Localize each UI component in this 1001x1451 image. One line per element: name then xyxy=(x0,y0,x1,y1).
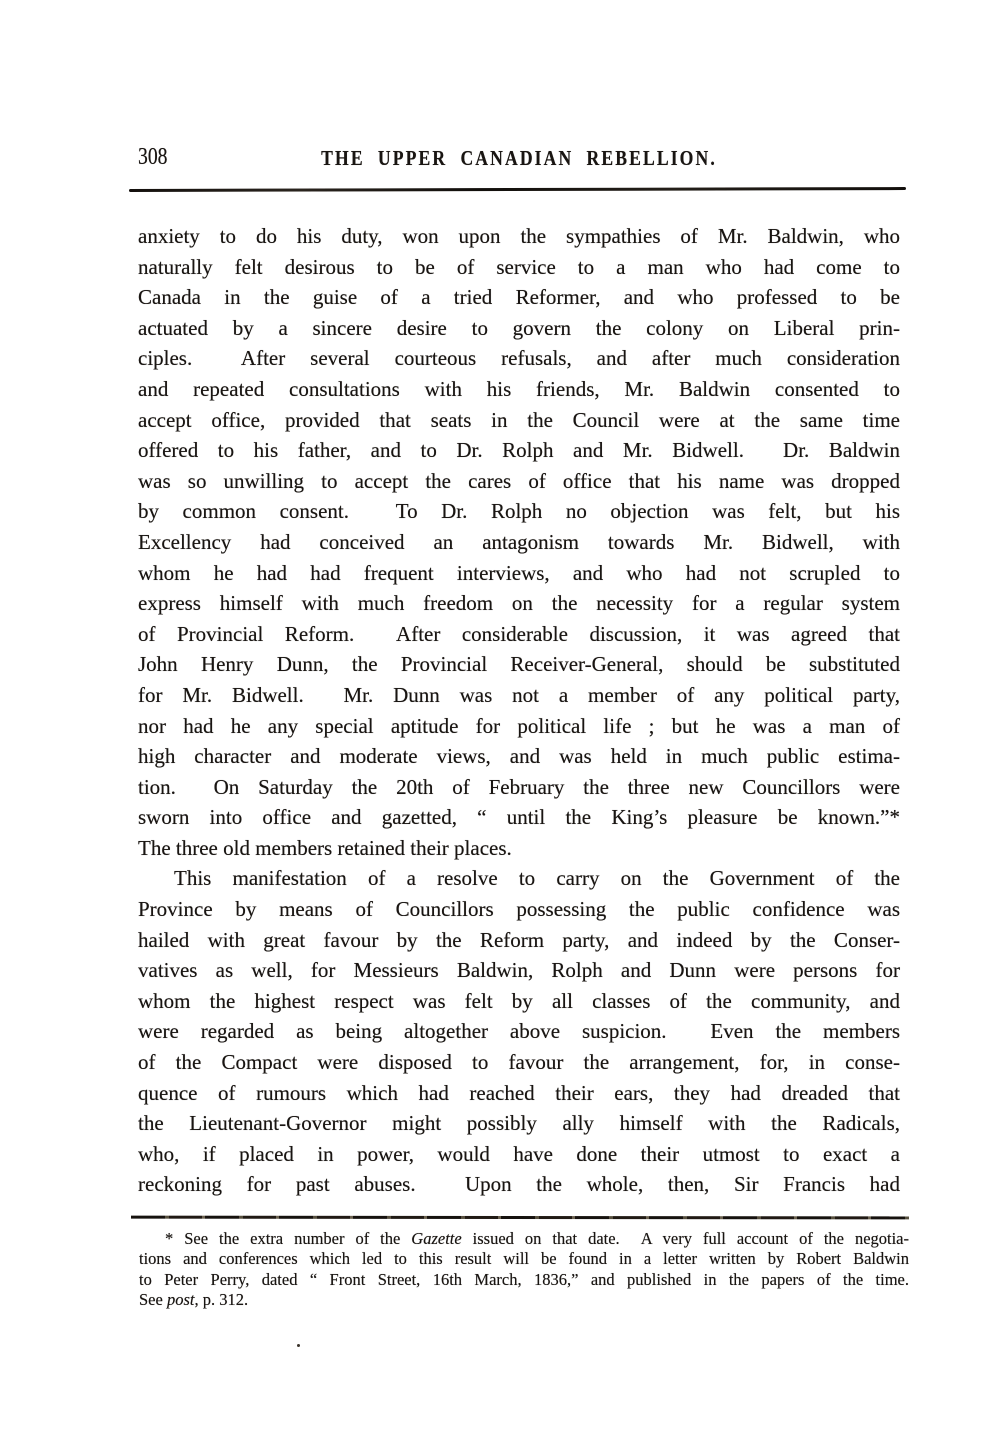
text-segment: was so unwilling to accept the cares of … xyxy=(138,469,900,493)
text-segment: sworn into office and gazetted, “ until … xyxy=(138,805,900,829)
footnote: * See the extra number of the Gazette is… xyxy=(139,1229,909,1310)
body-line: reckoning for past abuses. Upon the whol… xyxy=(138,1169,900,1200)
body-line: the Lieutenant-Governor might possibly a… xyxy=(138,1108,900,1139)
body-line: of the Compact were disposed to favour t… xyxy=(138,1047,900,1078)
body-line: and repeated consultations with his frie… xyxy=(138,374,900,405)
italic-text-segment: Gazette xyxy=(411,1229,461,1248)
text-segment: to Peter Perry, dated “ Front Street, 16… xyxy=(139,1270,909,1289)
body-line: ciples. After several courteous refusals… xyxy=(138,343,900,374)
body-text: anxiety to do his duty, won upon the sym… xyxy=(138,221,900,1200)
footnote-line: tions and conferences which led to this … xyxy=(139,1249,909,1269)
footnote-line: * See the extra number of the Gazette is… xyxy=(139,1229,909,1249)
text-segment: ciples. After several courteous refusals… xyxy=(138,346,900,370)
text-segment: vatives as well, for Messieurs Baldwin, … xyxy=(138,958,900,982)
text-segment: by common consent. To Dr. Rolph no objec… xyxy=(138,499,900,523)
body-line: high character and moderate views, and w… xyxy=(138,741,900,772)
footnote-line: to Peter Perry, dated “ Front Street, 16… xyxy=(139,1270,909,1290)
body-line: accept office, provided that seats in th… xyxy=(138,405,900,436)
ink-speck xyxy=(297,1344,300,1347)
body-line: nor had he any special aptitude for poli… xyxy=(138,711,900,742)
text-segment: The three old members retained their pla… xyxy=(138,836,512,860)
text-segment: * See the extra number of the xyxy=(165,1229,411,1248)
body-line: hailed with great favour by the Reform p… xyxy=(138,925,900,956)
text-segment: offered to his father, and to Dr. Rolph … xyxy=(138,438,900,462)
body-line: was so unwilling to accept the cares of … xyxy=(138,466,900,497)
body-line: The three old members retained their pla… xyxy=(138,833,900,864)
body-line: actuated by a sincere desire to govern t… xyxy=(138,313,900,344)
body-line: Canada in the guise of a tried Reformer,… xyxy=(138,282,900,313)
body-line: quence of rumours which had reached thei… xyxy=(138,1078,900,1109)
body-line: whom the highest respect was felt by all… xyxy=(138,986,900,1017)
text-segment: Canada in the guise of a tried Reformer,… xyxy=(138,285,900,309)
text-segment: accept office, provided that seats in th… xyxy=(138,408,900,432)
body-line: tion. On Saturday the 20th of February t… xyxy=(138,772,900,803)
text-segment: tion. On Saturday the 20th of February t… xyxy=(138,775,900,799)
body-line: for Mr. Bidwell. Mr. Dunn was not a memb… xyxy=(138,680,900,711)
body-line: sworn into office and gazetted, “ until … xyxy=(138,802,900,833)
text-segment: actuated by a sincere desire to govern t… xyxy=(138,316,900,340)
header-rule xyxy=(129,187,906,192)
text-segment: issued on that date. A very full account… xyxy=(462,1229,909,1248)
body-line: who, if placed in power, would have done… xyxy=(138,1139,900,1170)
text-segment: for Mr. Bidwell. Mr. Dunn was not a memb… xyxy=(138,683,900,707)
text-segment: tions and conferences which led to this … xyxy=(139,1249,909,1268)
text-segment: anxiety to do his duty, won upon the sym… xyxy=(138,224,900,248)
text-segment: express himself with much freedom on the… xyxy=(138,591,900,615)
body-line: offered to his father, and to Dr. Rolph … xyxy=(138,435,900,466)
page-header: 308 THE UPPER CANADIAN REBELLION. xyxy=(138,142,900,174)
text-segment: naturally felt desirous to be of service… xyxy=(138,255,900,279)
text-segment: This manifestation of a resolve to carry… xyxy=(174,866,900,890)
body-line: express himself with much freedom on the… xyxy=(138,588,900,619)
body-line: John Henry Dunn, the Provincial Receiver… xyxy=(138,649,900,680)
text-segment: whom he had had frequent interviews, and… xyxy=(138,561,900,585)
body-line: anxiety to do his duty, won upon the sym… xyxy=(138,221,900,252)
text-segment: whom the highest respect was felt by all… xyxy=(138,989,900,1013)
text-segment: nor had he any special aptitude for poli… xyxy=(138,714,900,738)
text-segment: who, if placed in power, would have done… xyxy=(138,1142,900,1166)
text-segment: John Henry Dunn, the Provincial Receiver… xyxy=(138,652,900,676)
body-line: naturally felt desirous to be of service… xyxy=(138,252,900,283)
footnote-separator-rule xyxy=(131,1216,909,1219)
text-segment: and repeated consultations with his frie… xyxy=(138,377,900,401)
text-segment: high character and moderate views, and w… xyxy=(138,744,900,768)
text-segment: hailed with great favour by the Reform p… xyxy=(138,928,900,952)
book-page: 308 THE UPPER CANADIAN REBELLION. anxiet… xyxy=(0,0,1001,1451)
text-segment: Excellency had conceived an antagonism t… xyxy=(138,530,900,554)
running-title: THE UPPER CANADIAN REBELLION. xyxy=(199,146,839,171)
page-number: 308 xyxy=(138,144,168,171)
text-segment: See xyxy=(139,1290,167,1309)
text-segment: Province by means of Councillors possess… xyxy=(138,897,900,921)
body-line: Province by means of Councillors possess… xyxy=(138,894,900,925)
body-line: Excellency had conceived an antagonism t… xyxy=(138,527,900,558)
text-segment: of Provincial Reform. After considerable… xyxy=(138,622,900,646)
body-line: whom he had had frequent interviews, and… xyxy=(138,558,900,589)
footnote-line: See post, p. 312. xyxy=(139,1290,909,1310)
body-line: by common consent. To Dr. Rolph no objec… xyxy=(138,496,900,527)
text-segment: were regarded as being altogether above … xyxy=(138,1019,900,1043)
text-segment: quence of rumours which had reached thei… xyxy=(138,1081,900,1105)
body-line: vatives as well, for Messieurs Baldwin, … xyxy=(138,955,900,986)
italic-text-segment: post xyxy=(167,1290,195,1309)
body-line: of Provincial Reform. After considerable… xyxy=(138,619,900,650)
text-segment: of the Compact were disposed to favour t… xyxy=(138,1050,900,1074)
body-line: were regarded as being altogether above … xyxy=(138,1016,900,1047)
text-segment: the Lieutenant-Governor might possibly a… xyxy=(138,1111,900,1135)
text-segment: , p. 312. xyxy=(194,1290,248,1309)
body-line: This manifestation of a resolve to carry… xyxy=(138,863,900,894)
text-segment: reckoning for past abuses. Upon the whol… xyxy=(138,1172,900,1196)
